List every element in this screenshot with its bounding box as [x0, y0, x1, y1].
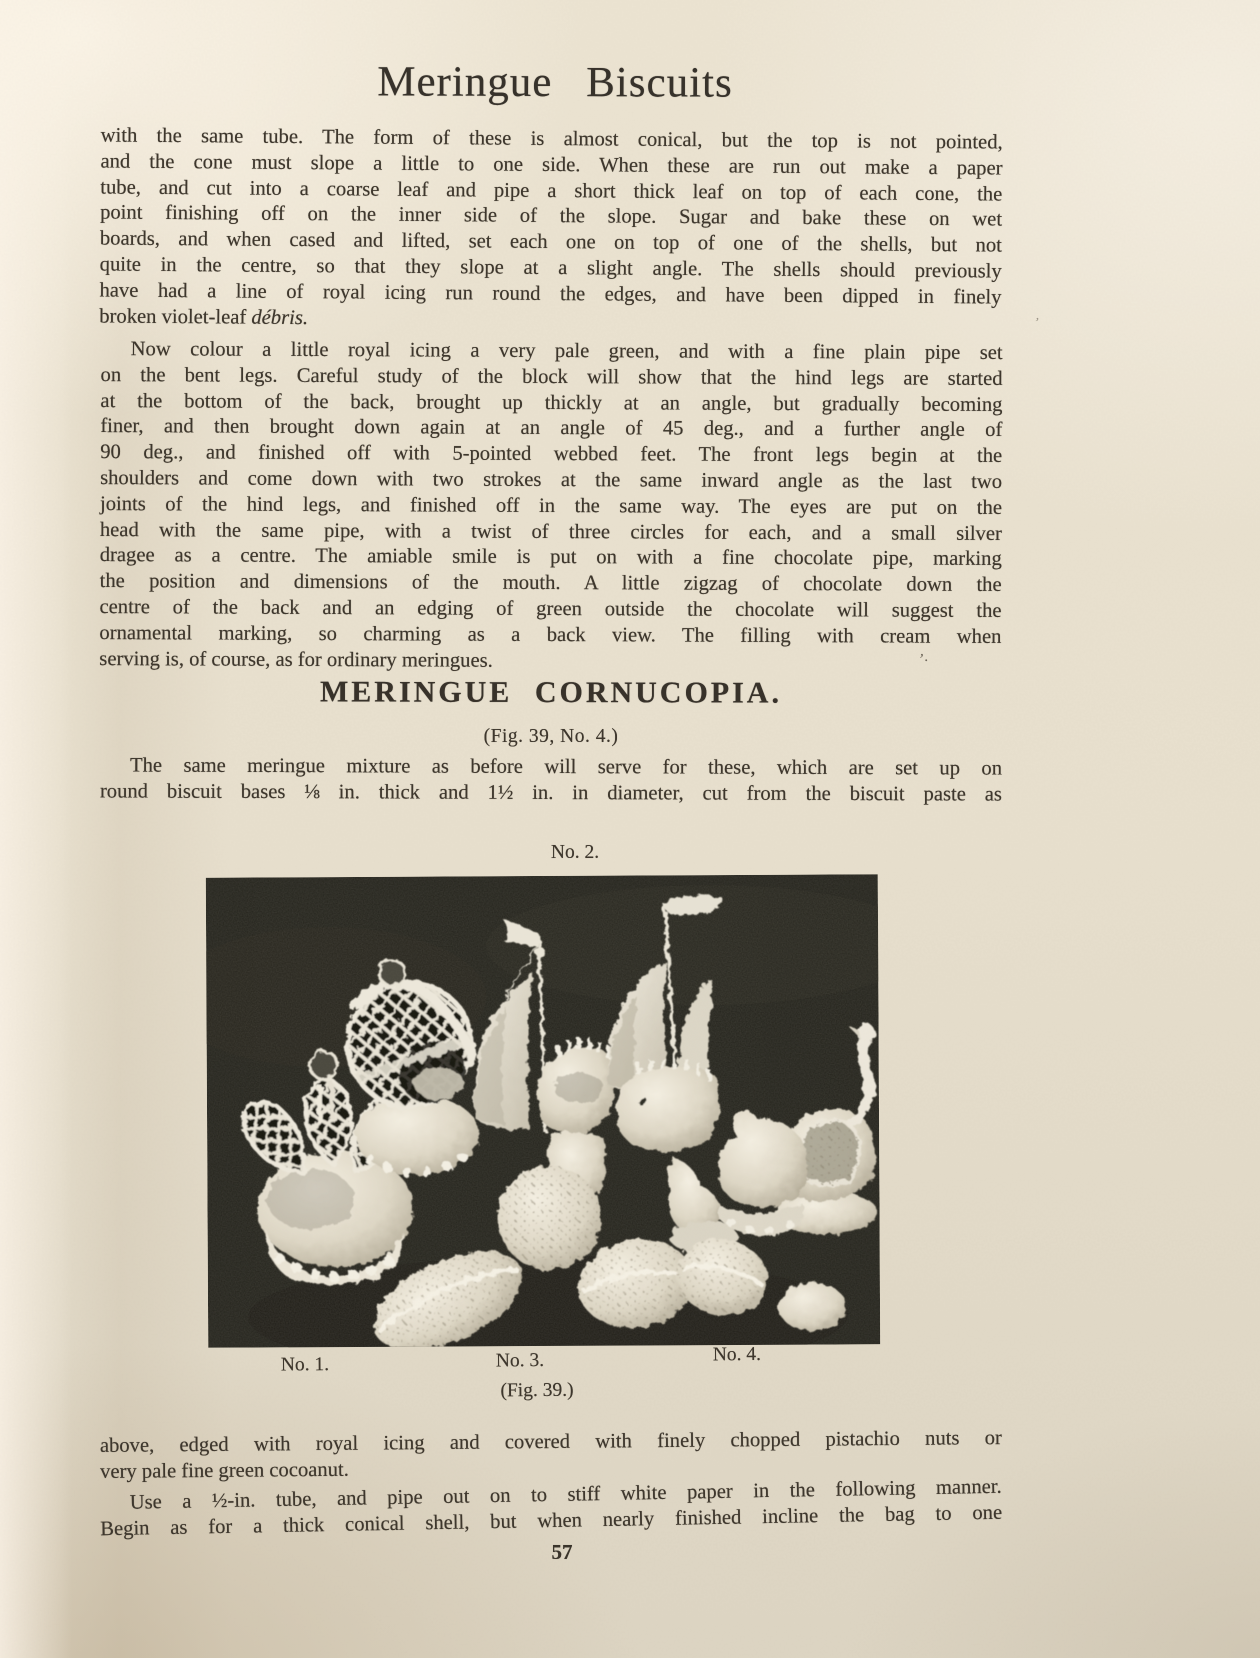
page-number: 57 — [462, 1540, 662, 1565]
section-heading: MERINGUE CORNUCOPIA. — [100, 675, 1002, 711]
text-line: 90 deg., and finished off with 5-pointed… — [100, 440, 1002, 470]
paragraph-1-lines: with the same tube. The form of these is… — [99, 123, 1002, 311]
text-line: finer, and then brought down again at an… — [100, 414, 1002, 444]
text-line: Now colour a little royal icing a very p… — [101, 337, 1003, 367]
book-page: { "page": { "title": "Meringue Biscuits"… — [0, 0, 1260, 1658]
paragraph-2-lines: Now colour a little royal icing a very p… — [99, 337, 1002, 650]
paragraph-3-lines: The same meringue mixture as before will… — [100, 753, 1002, 808]
figure-caption-no1: No. 1. — [260, 1354, 350, 1377]
text-line: at the bottom of the back, brought up th… — [100, 389, 1002, 419]
text-run: broken violet-leaf — [99, 305, 251, 328]
paragraph-3: The same meringue mixture as before will… — [100, 753, 1002, 808]
figure-photo — [206, 874, 880, 1348]
paragraph-5: Use a ½-in. tube, and pipe out on to sti… — [100, 1475, 1003, 1543]
paragraph-1: with the same tube. The form of these is… — [99, 123, 1003, 336]
text-line: centre of the back and an edging of gree… — [99, 595, 1001, 625]
text-line: the position and dimensions of the mouth… — [100, 569, 1002, 599]
figure-caption-fig39: (Fig. 39.) — [437, 1379, 637, 1402]
scan-mark: ’ — [1032, 316, 1040, 333]
text-line: joints of the hind legs, and finished of… — [100, 492, 1002, 522]
text-line: The same meringue mixture as before will… — [100, 753, 1002, 782]
figure-caption-no2: No. 2. — [475, 842, 675, 864]
italic-text: débris. — [251, 306, 308, 328]
text-line: head with the same pipe, with a twist of… — [100, 518, 1002, 548]
page-title: Meringue Biscuits — [100, 56, 1010, 108]
figure-captions-row: No. 1. No. 3. No. 4. — [207, 1349, 879, 1383]
paragraph-2: Now colour a little royal icing a very p… — [99, 337, 1002, 676]
text-line: ornamental marking, so charming as a bac… — [99, 621, 1001, 651]
figure-caption-no4: No. 4. — [692, 1344, 782, 1367]
text-line: serving is, of course, as for ordinary m… — [99, 647, 1001, 677]
text-line: shoulders and come down with two strokes… — [100, 466, 1002, 496]
paragraph-5-lines: Use a ½-in. tube, and pipe out on to sti… — [100, 1475, 1003, 1543]
text-line: on the bent legs. Careful study of the b… — [101, 363, 1003, 393]
figure-reference: (Fig. 39, No. 4.) — [100, 726, 1002, 748]
text-line: dragee as a centre. The amiable smile is… — [100, 543, 1002, 573]
text-line: round biscuit bases ⅛ in. thick and 1½ i… — [100, 779, 1002, 808]
figure-caption-no3: No. 3. — [475, 1350, 565, 1373]
